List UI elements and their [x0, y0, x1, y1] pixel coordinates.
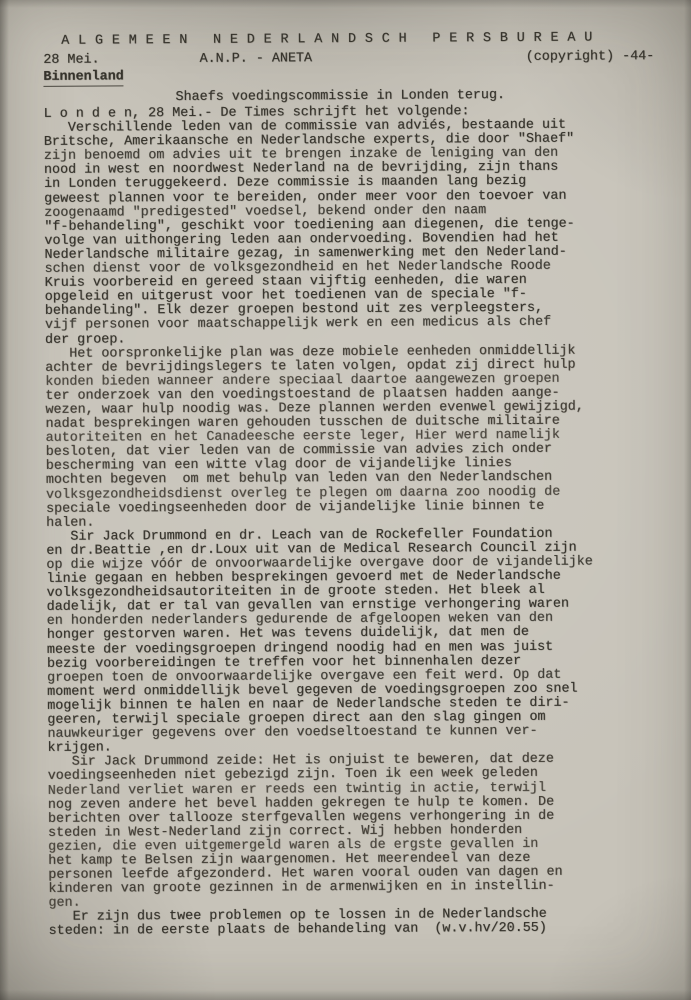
paragraph: Verschillende leden van de commissie van… [44, 118, 670, 347]
article-body: Verschillende leden van de commissie van… [44, 118, 674, 939]
paragraph: Sir Jack Drummond zeide: Het is onjuist … [48, 752, 674, 911]
agency-label: A.N.P. - ANETA [200, 50, 313, 68]
page-content: A L G E M E E N N E D E R L A N D S C H … [0, 0, 691, 1000]
paragraph: Het oorspronkelijke plan was deze mobiel… [45, 344, 671, 531]
article-headline: Shaefs voedingscommissie in Londen terug… [43, 87, 668, 106]
section-label: Binnenland [43, 68, 123, 86]
paragraph: Er zijn dus twee problemen op te lossen … [49, 907, 674, 939]
text-line: steden: in de eerste plaats de behandeli… [49, 921, 674, 939]
paragraph: Sir Jack Drummond en dr. Leach van de Ro… [46, 527, 672, 756]
scanned-document-page: A L G E M E E N N E D E R L A N D S C H … [0, 0, 691, 1000]
date-label: 28 Mei. [43, 51, 99, 68]
copyright-label: (copyright) -44- [526, 48, 655, 66]
